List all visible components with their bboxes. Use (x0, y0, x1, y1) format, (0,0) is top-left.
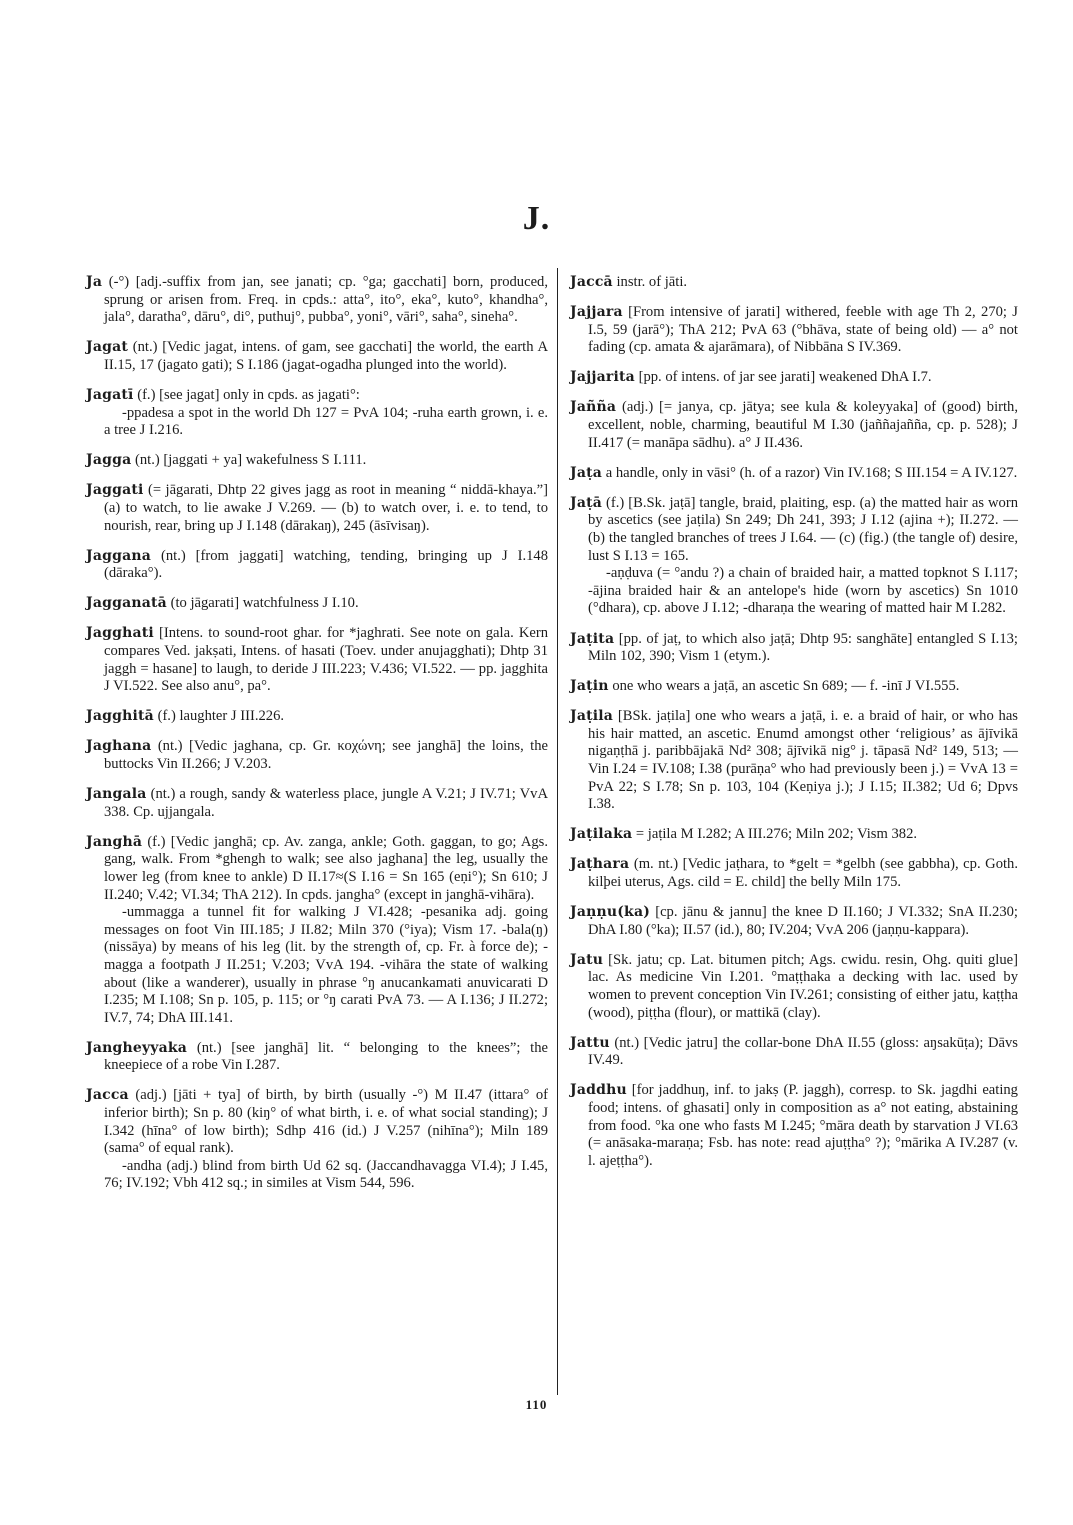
entry-definition: [Intens. to sound-root ghar. for *jaghra… (104, 625, 548, 694)
entry-headword: Jajjara (570, 304, 623, 320)
entry-definition: (nt.) [from jaggati] watching, tending, … (104, 548, 548, 582)
entry-definition: (nt.) [Vedic jaghana, cp. Gr. κοχώνη; se… (104, 738, 548, 772)
entry-definition: (= jāgarati, Dhtp 22 gives jagg as root … (104, 482, 548, 533)
entry-definition: (adj.) [jāti + tya] of birth, by birth (… (104, 1087, 548, 1156)
entry-headword: Jaddhu (570, 1082, 627, 1098)
entry-headword: Jaggati (86, 482, 144, 498)
dictionary-entry: Jaṭin one who wears a jaṭā, an ascetic S… (570, 678, 1018, 696)
dictionary-entry: Jaṭā (f.) [B.Sk. jaṭā] tangle, braid, pl… (570, 495, 1018, 618)
entry-compounds: -ummagga a tunnel fit for walking J VI.4… (104, 904, 548, 1027)
dictionary-entry: Jagghati [Intens. to sound-root ghar. fo… (86, 625, 548, 695)
entry-headword: Jatu (570, 952, 603, 968)
dictionary-entry: Jangala (nt.) a rough, sandy & waterless… (86, 786, 548, 821)
entry-definition: (nt.) a rough, sandy & waterless place, … (104, 786, 548, 820)
entry-definition: [Sk. jatu; cp. Lat. bitumen pitch; Ags. … (588, 952, 1018, 1021)
entry-headword: Jaggana (86, 548, 151, 564)
dictionary-entry: Jaṭita [pp. of jaṭ, to which also jaṭā; … (570, 631, 1018, 666)
entry-headword: Jaṭila (570, 708, 613, 724)
dictionary-entry: Jaṭa a handle, only in vāsi° (h. of a ra… (570, 465, 1018, 483)
entry-compounds: -aṇḍuva (= °andu ?) a chain of braided h… (588, 565, 1018, 618)
entry-headword: Jagga (86, 452, 131, 468)
dictionary-entry: Jagat (nt.) [Vedic jagat, intens. of gam… (86, 339, 548, 374)
entry-headword: Jajjarita (570, 369, 635, 385)
entry-headword: Jaṭita (570, 631, 614, 647)
dictionary-entry: Jañña (adj.) [= janya, cp. jātya; see ku… (570, 399, 1018, 452)
entry-definition: [pp. of intens. of jar see jarati] weake… (639, 369, 932, 385)
entry-definition: [pp. of jaṭ, to which also jaṭā; Dhtp 95… (588, 631, 1018, 665)
section-letter-heading: J. (0, 200, 1073, 238)
page-number: 110 (0, 1397, 1073, 1413)
entry-headword: Jaṭin (570, 678, 609, 694)
dictionary-entry: Jatu [Sk. jatu; cp. Lat. bitumen pitch; … (570, 952, 1018, 1022)
entry-definition: (m. nt.) [Vedic jaṭhara, to *gelt = *gel… (588, 856, 1018, 890)
entry-definition: [From intensive of jarati] withered, fee… (588, 304, 1018, 355)
entry-definition: (adj.) [= janya, cp. jātya; see kula & k… (588, 399, 1018, 450)
left-column: Ja (-°) [adj.-suffix from jan, see janat… (86, 274, 548, 1206)
entry-definition: [for jaddhuŋ, inf. to jakṣ (P. jaggh), c… (588, 1082, 1018, 1168)
entry-headword: Jaṭilaka (570, 826, 632, 842)
entry-headword: Jaṭa (570, 465, 602, 481)
entry-definition: [cp. jānu & jannu] the knee D II.160; J … (588, 904, 1018, 938)
dictionary-entry: Jaghana (nt.) [Vedic jaghana, cp. Gr. κο… (86, 738, 548, 773)
dictionary-entry: Jagatī (f.) [see jagat] only in cpds. as… (86, 387, 548, 440)
entry-headword: Jangheyyaka (86, 1040, 187, 1056)
entry-headword: Janghā (86, 834, 142, 850)
dictionary-entry: Jaggati (= jāgarati, Dhtp 22 gives jagg … (86, 482, 548, 535)
entry-headword: Ja (86, 274, 102, 290)
entry-headword: Jaghana (86, 738, 151, 754)
entry-definition: instr. of jāti. (616, 274, 687, 290)
right-column: Jaccā instr. of jāti.Jajjara [From inten… (570, 274, 1018, 1183)
column-divider (557, 268, 558, 1395)
dictionary-entry: Jaṭhara (m. nt.) [Vedic jaṭhara, to *gel… (570, 856, 1018, 891)
entry-definition: one who wears a jaṭā, an ascetic Sn 689;… (612, 678, 959, 694)
entry-headword: Jañña (570, 399, 616, 415)
entry-headword: Jaṭhara (570, 856, 629, 872)
entry-definition: a handle, only in vāsi° (h. of a razor) … (606, 465, 1018, 481)
entry-definition: (nt.) [Vedic jatru] the collar-bone DhA … (588, 1035, 1018, 1069)
entry-definition: [BSk. jaṭila] one who wears a jaṭā, i. e… (588, 708, 1018, 812)
entry-definition: (to jāgarati] watchfulness J I.10. (171, 595, 359, 611)
dictionary-entry: Jangheyyaka (nt.) [see janghā] lit. “ be… (86, 1040, 548, 1075)
entry-headword: Jagghitā (86, 708, 154, 724)
dictionary-entry: Jaṇṇu(ka) [cp. jānu & jannu] the knee D … (570, 904, 1018, 939)
entry-definition: (f.) [Vedic janghā; cp. Av. zanga, ankle… (104, 834, 548, 903)
dictionary-entry: Janghā (f.) [Vedic janghā; cp. Av. zanga… (86, 834, 548, 1028)
dictionary-entry: Jagghitā (f.) laughter J III.226. (86, 708, 548, 726)
dictionary-entry: Jagganatā (to jāgarati] watchfulness J I… (86, 595, 548, 613)
entry-headword: Jagghati (86, 625, 154, 641)
entry-headword: Jaṇṇu(ka) (570, 904, 650, 920)
dictionary-entry: Jajjara [From intensive of jarati] withe… (570, 304, 1018, 357)
dictionary-entry: Jajjarita [pp. of intens. of jar see jar… (570, 369, 1018, 387)
entry-compounds: -andha (adj.) blind from birth Ud 62 sq.… (104, 1158, 548, 1193)
entry-definition: (f.) [see jagat] only in cpds. as jagati… (137, 387, 360, 403)
entry-headword: Jacca (86, 1087, 129, 1103)
entry-definition: (f.) laughter J III.226. (158, 708, 284, 724)
entry-headword: Jaṭā (570, 495, 602, 511)
entry-definition: (-°) [adj.-suffix from jan, see janati; … (104, 274, 548, 325)
entry-headword: Jaccā (570, 274, 613, 290)
dictionary-entry: Jaccā instr. of jāti. (570, 274, 1018, 292)
dictionary-entry: Ja (-°) [adj.-suffix from jan, see janat… (86, 274, 548, 327)
entry-headword: Jagat (86, 339, 128, 355)
dictionary-entry: Jaggana (nt.) [from jaggati] watching, t… (86, 548, 548, 583)
entry-compounds: -ppadesa a spot in the world Dh 127 = Pv… (104, 405, 548, 440)
entry-headword: Jagatī (86, 387, 134, 403)
entry-definition: (nt.) [jaggati + ya] wakefulness S I.111… (135, 452, 366, 468)
entry-definition: = jaṭila M I.282; A III.276; Miln 202; V… (636, 826, 917, 842)
dictionary-entry: Jaṭilaka = jaṭila M I.282; A III.276; Mi… (570, 826, 1018, 844)
entry-definition: (f.) [B.Sk. jaṭā] tangle, braid, plaitin… (588, 495, 1018, 564)
dictionary-entry: Jagga (nt.) [jaggati + ya] wakefulness S… (86, 452, 548, 470)
dictionary-entry: Jattu (nt.) [Vedic jatru] the collar-bon… (570, 1035, 1018, 1070)
dictionary-entry: Jacca (adj.) [jāti + tya] of birth, by b… (86, 1087, 548, 1193)
dictionary-entry: Jaddhu [for jaddhuŋ, inf. to jakṣ (P. ja… (570, 1082, 1018, 1170)
dictionary-entry: Jaṭila [BSk. jaṭila] one who wears a jaṭ… (570, 708, 1018, 814)
entry-headword: Jagganatā (86, 595, 167, 611)
entry-definition: (nt.) [Vedic jagat, intens. of gam, see … (104, 339, 548, 373)
entry-headword: Jattu (570, 1035, 610, 1051)
entry-headword: Jangala (86, 786, 147, 802)
